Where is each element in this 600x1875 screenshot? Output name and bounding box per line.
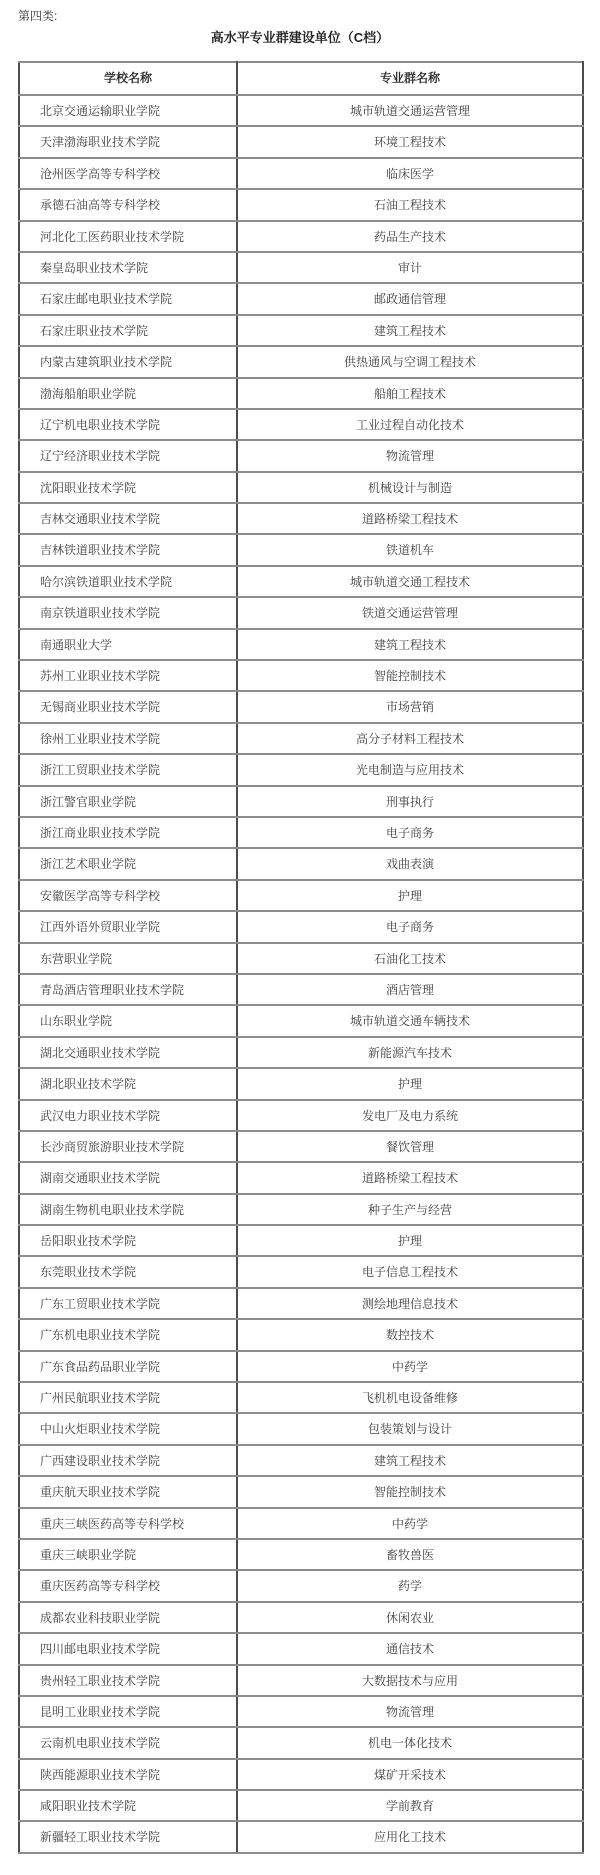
school-name-cell: 重庆三峡医药高等专科学校 <box>19 1508 237 1539</box>
group-name-cell: 护理 <box>237 1225 583 1256</box>
school-name-cell: 无锡商业职业技术学院 <box>19 691 237 722</box>
school-name-cell: 吉林铁道职业技术学院 <box>19 534 237 565</box>
group-name-cell: 通信技术 <box>237 1633 583 1664</box>
group-name-cell: 建筑工程技术 <box>237 315 583 346</box>
table-row: 东莞职业技术学院电子信息工程技术 <box>19 1256 583 1287</box>
group-name-cell: 包装策划与设计 <box>237 1413 583 1444</box>
school-name-cell: 东营职业学院 <box>19 943 237 974</box>
table-row: 长沙商贸旅游职业技术学院餐饮管理 <box>19 1131 583 1162</box>
units-table: 学校名称 专业群名称 北京交通运输职业学院城市轨道交通运营管理天津渤海职业技术学… <box>18 61 584 1854</box>
group-name-cell: 机电一体化技术 <box>237 1727 583 1758</box>
school-name-cell: 青岛酒店管理职业技术学院 <box>19 974 237 1005</box>
group-name-cell: 物流管理 <box>237 440 583 471</box>
school-name-cell: 广西建设职业技术学院 <box>19 1445 237 1476</box>
school-name-cell: 南通职业大学 <box>19 629 237 660</box>
page-title: 高水平专业群建设单位（C档） <box>0 27 600 46</box>
table-row: 天津渤海职业技术学院环境工程技术 <box>19 126 583 157</box>
group-name-cell: 发电厂及电力系统 <box>237 1100 583 1131</box>
group-name-cell: 工业过程自动化技术 <box>237 409 583 440</box>
school-name-cell: 广东机电职业技术学院 <box>19 1319 237 1350</box>
school-name-cell: 湖北交通职业技术学院 <box>19 1037 237 1068</box>
school-name-cell: 成都农业科技职业学院 <box>19 1602 237 1633</box>
group-name-cell: 临床医学 <box>237 158 583 189</box>
group-name-cell: 光电制造与应用技术 <box>237 754 583 785</box>
school-name-cell: 长沙商贸旅游职业技术学院 <box>19 1131 237 1162</box>
school-name-cell: 浙江工贸职业技术学院 <box>19 754 237 785</box>
group-name-cell: 物流管理 <box>237 1696 583 1727</box>
school-name-cell: 东莞职业技术学院 <box>19 1256 237 1287</box>
table-row: 成都农业科技职业学院休闲农业 <box>19 1602 583 1633</box>
group-name-cell: 飞机机电设备维修 <box>237 1382 583 1413</box>
group-name-cell: 学前教育 <box>237 1790 583 1821</box>
group-name-cell: 高分子材料工程技术 <box>237 723 583 754</box>
table-row: 安徽医学高等专科学校护理 <box>19 880 583 911</box>
group-name-cell: 智能控制技术 <box>237 660 583 691</box>
table-row: 岳阳职业技术学院护理 <box>19 1225 583 1256</box>
table-row: 南通职业大学建筑工程技术 <box>19 629 583 660</box>
school-name-cell: 石家庄职业技术学院 <box>19 315 237 346</box>
table-row: 广东机电职业技术学院数控技术 <box>19 1319 583 1350</box>
group-name-cell: 刑事执行 <box>237 786 583 817</box>
school-name-cell: 徐州工业职业技术学院 <box>19 723 237 754</box>
school-name-cell: 广东食品药品职业学院 <box>19 1351 237 1382</box>
group-name-cell: 环境工程技术 <box>237 126 583 157</box>
table-row: 无锡商业职业技术学院市场营销 <box>19 691 583 722</box>
group-name-cell: 电子商务 <box>237 817 583 848</box>
school-name-cell: 辽宁机电职业技术学院 <box>19 409 237 440</box>
group-name-cell: 畜牧兽医 <box>237 1539 583 1570</box>
table-row: 重庆三峡医药高等专科学校中药学 <box>19 1508 583 1539</box>
table-row: 徐州工业职业技术学院高分子材料工程技术 <box>19 723 583 754</box>
table-row: 湖南交通职业技术学院道路桥梁工程技术 <box>19 1162 583 1193</box>
table-row: 石家庄职业技术学院建筑工程技术 <box>19 315 583 346</box>
school-name-cell: 浙江商业职业技术学院 <box>19 817 237 848</box>
group-name-cell: 电子商务 <box>237 911 583 942</box>
table-row: 苏州工业职业技术学院智能控制技术 <box>19 660 583 691</box>
group-name-cell: 建筑工程技术 <box>237 1445 583 1476</box>
group-name-cell: 中药学 <box>237 1351 583 1382</box>
school-name-cell: 江西外语外贸职业学院 <box>19 911 237 942</box>
table-row: 沧州医学高等专科学校临床医学 <box>19 158 583 189</box>
table-row: 湖南生物机电职业技术学院种子生产与经营 <box>19 1194 583 1225</box>
table-row: 承德石油高等专科学校石油工程技术 <box>19 189 583 220</box>
table-row: 浙江工贸职业技术学院光电制造与应用技术 <box>19 754 583 785</box>
school-name-cell: 沈阳职业技术学院 <box>19 472 237 503</box>
table-row: 云南机电职业技术学院机电一体化技术 <box>19 1727 583 1758</box>
group-name-cell: 铁道机车 <box>237 534 583 565</box>
school-name-cell: 陕西能源职业技术学院 <box>19 1759 237 1790</box>
group-name-cell: 休闲农业 <box>237 1602 583 1633</box>
table-row: 哈尔滨铁道职业技术学院城市轨道交通工程技术 <box>19 566 583 597</box>
school-name-cell: 浙江艺术职业学院 <box>19 848 237 879</box>
table-row: 中山火炬职业技术学院包装策划与设计 <box>19 1413 583 1444</box>
table-row: 渤海船舶职业学院船舶工程技术 <box>19 378 583 409</box>
table-row: 石家庄邮电职业技术学院邮政通信管理 <box>19 283 583 314</box>
group-name-cell: 应用化工技术 <box>237 1821 583 1852</box>
group-name-cell: 药学 <box>237 1570 583 1601</box>
table-row: 河北化工医药职业技术学院药品生产技术 <box>19 221 583 252</box>
table-row: 江西外语外贸职业学院电子商务 <box>19 911 583 942</box>
group-name-cell: 新能源汽车技术 <box>237 1037 583 1068</box>
school-name-cell: 浙江警官职业学院 <box>19 786 237 817</box>
table-row: 青岛酒店管理职业技术学院酒店管理 <box>19 974 583 1005</box>
table-row: 武汉电力职业技术学院发电厂及电力系统 <box>19 1100 583 1131</box>
table-row: 重庆航天职业技术学院智能控制技术 <box>19 1476 583 1507</box>
table-row: 重庆医药高等专科学校药学 <box>19 1570 583 1601</box>
group-name-cell: 城市轨道交通运营管理 <box>237 95 583 126</box>
group-name-cell: 市场营销 <box>237 691 583 722</box>
group-name-cell: 餐饮管理 <box>237 1131 583 1162</box>
group-name-cell: 供热通风与空调工程技术 <box>237 346 583 377</box>
school-name-cell: 广东工贸职业技术学院 <box>19 1288 237 1319</box>
school-name-cell: 贵州轻工职业技术学院 <box>19 1665 237 1696</box>
school-name-cell: 内蒙古建筑职业技术学院 <box>19 346 237 377</box>
table-row: 沈阳职业技术学院机械设计与制造 <box>19 472 583 503</box>
group-name-cell: 邮政通信管理 <box>237 283 583 314</box>
group-name-cell: 电子信息工程技术 <box>237 1256 583 1287</box>
school-name-cell: 山东职业学院 <box>19 1005 237 1036</box>
table-row: 南京铁道职业技术学院铁道交通运营管理 <box>19 597 583 628</box>
school-name-cell: 石家庄邮电职业技术学院 <box>19 283 237 314</box>
table-row: 北京交通运输职业学院城市轨道交通运营管理 <box>19 95 583 126</box>
group-name-cell: 煤矿开采技术 <box>237 1759 583 1790</box>
school-name-cell: 辽宁经济职业技术学院 <box>19 440 237 471</box>
table-row: 湖北交通职业技术学院新能源汽车技术 <box>19 1037 583 1068</box>
school-name-cell: 吉林交通职业技术学院 <box>19 503 237 534</box>
school-name-cell: 哈尔滨铁道职业技术学院 <box>19 566 237 597</box>
table-row: 广东工贸职业技术学院测绘地理信息技术 <box>19 1288 583 1319</box>
group-name-cell: 药品生产技术 <box>237 221 583 252</box>
school-name-cell: 昆明工业职业技术学院 <box>19 1696 237 1727</box>
units-table-body: 北京交通运输职业学院城市轨道交通运营管理天津渤海职业技术学院环境工程技术沧州医学… <box>19 95 583 1853</box>
table-row: 广东食品药品职业学院中药学 <box>19 1351 583 1382</box>
table-row: 秦皇岛职业技术学院审计 <box>19 252 583 283</box>
school-name-cell: 武汉电力职业技术学院 <box>19 1100 237 1131</box>
group-name-cell: 护理 <box>237 1068 583 1099</box>
table-row: 浙江警官职业学院刑事执行 <box>19 786 583 817</box>
group-name-cell: 戏曲表演 <box>237 848 583 879</box>
school-name-cell: 新疆轻工职业技术学院 <box>19 1821 237 1852</box>
group-name-cell: 城市轨道交通工程技术 <box>237 566 583 597</box>
school-name-cell: 重庆航天职业技术学院 <box>19 1476 237 1507</box>
table-row: 新疆轻工职业技术学院应用化工技术 <box>19 1821 583 1852</box>
table-row: 陕西能源职业技术学院煤矿开采技术 <box>19 1759 583 1790</box>
table-row: 吉林铁道职业技术学院铁道机车 <box>19 534 583 565</box>
table-row: 广州民航职业技术学院飞机机电设备维修 <box>19 1382 583 1413</box>
group-name-cell: 酒店管理 <box>237 974 583 1005</box>
column-header-school: 学校名称 <box>19 62 237 95</box>
category-label: 第四类: <box>18 7 57 24</box>
group-name-cell: 石油化工技术 <box>237 943 583 974</box>
table-row: 贵州轻工职业技术学院大数据技术与应用 <box>19 1665 583 1696</box>
school-name-cell: 天津渤海职业技术学院 <box>19 126 237 157</box>
school-name-cell: 重庆三峡职业学院 <box>19 1539 237 1570</box>
school-name-cell: 渤海船舶职业学院 <box>19 378 237 409</box>
school-name-cell: 咸阳职业技术学院 <box>19 1790 237 1821</box>
table-row: 咸阳职业技术学院学前教育 <box>19 1790 583 1821</box>
group-name-cell: 智能控制技术 <box>237 1476 583 1507</box>
table-row: 浙江艺术职业学院戏曲表演 <box>19 848 583 879</box>
group-name-cell: 种子生产与经营 <box>237 1194 583 1225</box>
group-name-cell: 大数据技术与应用 <box>237 1665 583 1696</box>
table-row: 辽宁机电职业技术学院工业过程自动化技术 <box>19 409 583 440</box>
table-row: 吉林交通职业技术学院道路桥梁工程技术 <box>19 503 583 534</box>
school-name-cell: 安徽医学高等专科学校 <box>19 880 237 911</box>
school-name-cell: 苏州工业职业技术学院 <box>19 660 237 691</box>
group-name-cell: 道路桥梁工程技术 <box>237 1162 583 1193</box>
school-name-cell: 河北化工医药职业技术学院 <box>19 221 237 252</box>
table-row: 东营职业学院石油化工技术 <box>19 943 583 974</box>
school-name-cell: 南京铁道职业技术学院 <box>19 597 237 628</box>
group-name-cell: 石油工程技术 <box>237 189 583 220</box>
school-name-cell: 湖南交通职业技术学院 <box>19 1162 237 1193</box>
column-header-group: 专业群名称 <box>237 62 583 95</box>
table-row: 湖北职业技术学院护理 <box>19 1068 583 1099</box>
header-row: 学校名称 专业群名称 <box>19 62 583 95</box>
group-name-cell: 城市轨道交通车辆技术 <box>237 1005 583 1036</box>
group-name-cell: 道路桥梁工程技术 <box>237 503 583 534</box>
table-row: 辽宁经济职业技术学院物流管理 <box>19 440 583 471</box>
group-name-cell: 建筑工程技术 <box>237 629 583 660</box>
group-name-cell: 船舶工程技术 <box>237 378 583 409</box>
school-name-cell: 重庆医药高等专科学校 <box>19 1570 237 1601</box>
group-name-cell: 审计 <box>237 252 583 283</box>
school-name-cell: 中山火炬职业技术学院 <box>19 1413 237 1444</box>
school-name-cell: 岳阳职业技术学院 <box>19 1225 237 1256</box>
school-name-cell: 沧州医学高等专科学校 <box>19 158 237 189</box>
school-name-cell: 秦皇岛职业技术学院 <box>19 252 237 283</box>
school-name-cell: 广州民航职业技术学院 <box>19 1382 237 1413</box>
group-name-cell: 测绘地理信息技术 <box>237 1288 583 1319</box>
group-name-cell: 铁道交通运营管理 <box>237 597 583 628</box>
table-row: 山东职业学院城市轨道交通车辆技术 <box>19 1005 583 1036</box>
school-name-cell: 四川邮电职业技术学院 <box>19 1633 237 1664</box>
school-name-cell: 云南机电职业技术学院 <box>19 1727 237 1758</box>
school-name-cell: 承德石油高等专科学校 <box>19 189 237 220</box>
group-name-cell: 中药学 <box>237 1508 583 1539</box>
table-row: 浙江商业职业技术学院电子商务 <box>19 817 583 848</box>
group-name-cell: 护理 <box>237 880 583 911</box>
school-name-cell: 北京交通运输职业学院 <box>19 95 237 126</box>
table-row: 广西建设职业技术学院建筑工程技术 <box>19 1445 583 1476</box>
group-name-cell: 数控技术 <box>237 1319 583 1350</box>
group-name-cell: 机械设计与制造 <box>237 472 583 503</box>
school-name-cell: 湖南生物机电职业技术学院 <box>19 1194 237 1225</box>
school-name-cell: 湖北职业技术学院 <box>19 1068 237 1099</box>
table-row: 重庆三峡职业学院畜牧兽医 <box>19 1539 583 1570</box>
table-row: 四川邮电职业技术学院通信技术 <box>19 1633 583 1664</box>
table-row: 内蒙古建筑职业技术学院供热通风与空调工程技术 <box>19 346 583 377</box>
table-row: 昆明工业职业技术学院物流管理 <box>19 1696 583 1727</box>
